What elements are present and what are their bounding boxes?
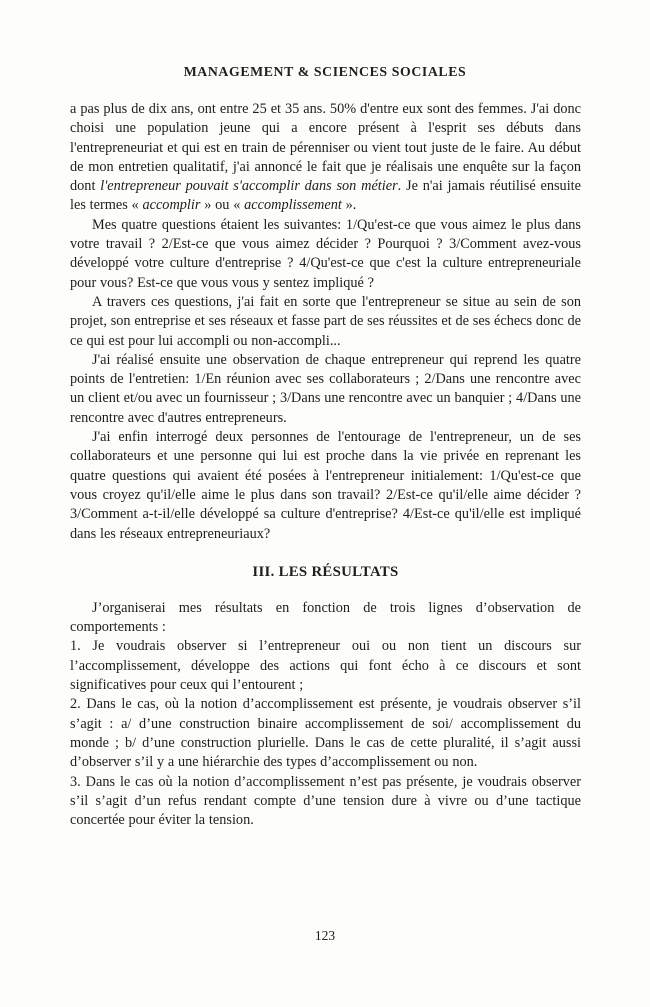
paragraph: 1. Je voudrais observer si l’entrepreneu… [70, 637, 581, 695]
text-column: a pas plus de dix ans, ont entre 25 et 3… [70, 100, 581, 830]
text-run: J’organiserai mes résultats en fonction … [70, 600, 581, 635]
text-run: ». [342, 197, 357, 213]
page-number: 123 [0, 928, 650, 944]
italic-run: accomplissement [244, 197, 342, 213]
paragraph: a pas plus de dix ans, ont entre 25 et 3… [70, 100, 581, 216]
italic-run: accomplir [142, 197, 200, 213]
text-run: J'ai réalisé ensuite une observation de … [70, 352, 581, 426]
paragraph: J’organiserai mes résultats en fonction … [70, 599, 581, 638]
text-run: Mes quatre questions étaient les suivant… [70, 217, 581, 291]
document-page: MANAGEMENT & SCIENCES SOCIALES a pas plu… [0, 0, 650, 1007]
text-run: III. LES RÉSULTATS [252, 564, 398, 580]
paragraph: 2. Dans le cas, où la notion d’accomplis… [70, 695, 581, 772]
text-run: A travers ces questions, j'ai fait en so… [70, 294, 581, 349]
section-heading: III. LES RÉSULTATS [70, 563, 581, 582]
text-run: J'ai enfin interrogé deux personnes de l… [70, 429, 581, 541]
text-run: 1. Je voudrais observer si l’entrepreneu… [70, 638, 581, 693]
paragraph: J'ai enfin interrogé deux personnes de l… [70, 428, 581, 544]
text-run: 3. Dans le cas où la notion d’accompliss… [70, 774, 581, 829]
paragraph: J'ai réalisé ensuite une observation de … [70, 351, 581, 428]
text-run: » ou « [200, 197, 244, 213]
running-header: MANAGEMENT & SCIENCES SOCIALES [0, 64, 650, 80]
paragraph: A travers ces questions, j'ai fait en so… [70, 293, 581, 351]
paragraph: Mes quatre questions étaient les suivant… [70, 216, 581, 293]
italic-run: l'entrepreneur pouvait s'accomplir dans … [100, 178, 397, 194]
text-run: 2. Dans le cas, où la notion d’accomplis… [70, 696, 581, 770]
paragraph: 3. Dans le cas où la notion d’accompliss… [70, 773, 581, 831]
